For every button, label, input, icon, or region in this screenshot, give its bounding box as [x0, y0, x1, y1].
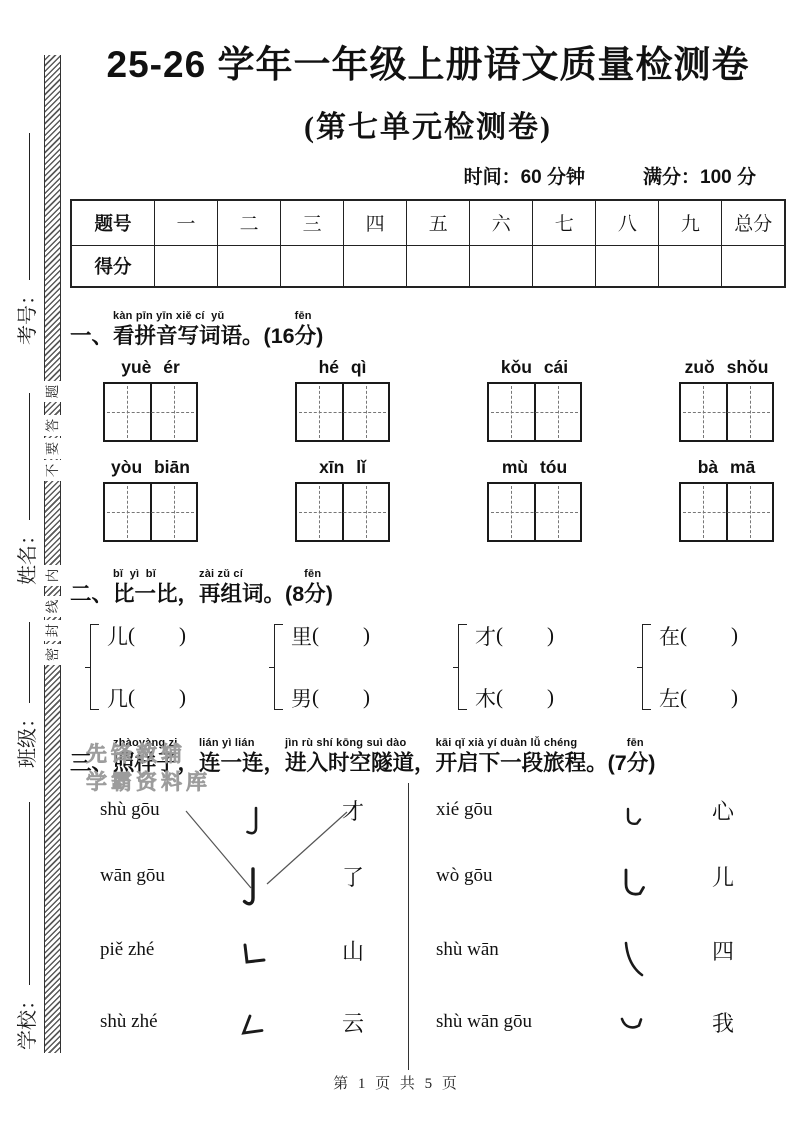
heading-text: 分: [295, 325, 317, 349]
blank-paren-open: (: [496, 685, 503, 710]
compare-character: 里: [291, 621, 312, 651]
seal-text-char: 封: [44, 620, 61, 641]
heading-text: 看拼音写词语。: [113, 325, 264, 349]
blank-paren-close: ): [731, 623, 738, 648]
word-pinyin: mù tóu: [487, 457, 582, 478]
matching-divider: [408, 783, 409, 1070]
word-row: yòu biānxīn lǐmù tóubà mā: [70, 457, 786, 542]
hook-stroke-bold[interactable]: [222, 867, 282, 914]
match-character[interactable]: 了: [342, 861, 364, 892]
heading-segment: 二、: [70, 568, 113, 607]
heading-text: ): [648, 752, 655, 776]
word-item: bà mā: [679, 457, 774, 542]
compare-group: 里()男(): [274, 621, 370, 713]
seal-line-band: 题答要不内线封密: [44, 55, 61, 1053]
writing-cell[interactable]: [728, 484, 773, 540]
page-title: 25-26 学年一年级上册语文质量检测卷: [70, 44, 786, 87]
compare-group: 在()左(): [642, 621, 738, 713]
compare-character: 在: [659, 621, 680, 651]
seal-text-char: 内: [44, 565, 61, 586]
heading-segment: fēn分: [295, 310, 317, 349]
compare-character: 木: [475, 683, 496, 713]
word-item: zuǒ shǒu: [679, 357, 774, 442]
writing-cell[interactable]: [728, 384, 773, 440]
score-cell[interactable]: [344, 245, 407, 287]
writing-box: [487, 382, 582, 442]
heading-text: 一、: [70, 325, 113, 349]
pinyin-annotation: bǐ yì bǐ: [113, 568, 156, 583]
heading-text: 分: [304, 583, 326, 607]
compare-character: 才: [475, 621, 496, 651]
writing-cell[interactable]: [344, 484, 389, 540]
section1-heading: 一、kàn pīn yīn xiě cí yǔ看拼音写词语。(16fēn分): [70, 310, 786, 349]
question-number: 二: [218, 200, 281, 246]
word-row: yuè érhé qìkǒu cáizuǒ shǒu: [70, 357, 786, 442]
match-character[interactable]: 才: [342, 795, 364, 826]
compare-row: 在(): [659, 621, 738, 651]
page-number: 第 1 页 共 5 页: [0, 1072, 793, 1093]
writing-box: [295, 482, 390, 542]
heading-segment: (16: [264, 310, 295, 349]
score-cell[interactable]: [218, 245, 281, 287]
heading-text: 开启下一段旅程。: [436, 752, 608, 776]
score-cell[interactable]: [281, 245, 344, 287]
writing-box: [103, 382, 198, 442]
heading-segment: ): [326, 568, 333, 607]
blank-paren-open: (: [312, 623, 319, 648]
writing-box: [679, 482, 774, 542]
main-content: 25-26 学年一年级上册语文质量检测卷 (第七单元检测卷) 时间：60 分钟 …: [70, 0, 786, 1078]
stroke-name-pinyin[interactable]: piě zhé: [100, 939, 154, 961]
heading-text: 进入时空隧道，: [285, 752, 436, 776]
heading-segment: zhàoyàng zi照样子，: [113, 737, 199, 776]
student-field-label: 学校：: [11, 990, 40, 1050]
score-cell[interactable]: [533, 245, 596, 287]
hook-stroke-small[interactable]: [222, 805, 282, 842]
writing-cell[interactable]: [536, 484, 581, 540]
student-field-blank[interactable]: [29, 393, 30, 520]
compare-column: 才()木(): [475, 621, 554, 713]
section2-pairs: 儿()几()里()男()才()木()在()左(): [70, 621, 786, 713]
seal-text-char: 要: [44, 438, 61, 459]
heading-segment: fēn分: [304, 568, 326, 607]
word-item: yuè ér: [103, 357, 198, 442]
heading-segment: kàn pīn yīn xiě cí yǔ看拼音写词语。: [113, 310, 264, 349]
question-number: 八: [596, 200, 659, 246]
heading-segment: ): [648, 737, 655, 776]
word-pinyin: kǒu cái: [487, 357, 582, 378]
question-number: 一: [155, 200, 218, 246]
match-character[interactable]: 心: [712, 795, 734, 826]
heading-segment: bǐ yì bǐ比一比，: [113, 568, 199, 607]
up-hook-stroke-small[interactable]: [602, 805, 662, 834]
compare-row: 木(): [475, 683, 554, 713]
writing-box: [103, 482, 198, 542]
compare-row: 儿(): [107, 621, 186, 651]
writing-cell[interactable]: [152, 484, 197, 540]
exam-paper-page: 题答要不内线封密 考号：姓名：班级：学校： 25-26 学年一年级上册语文质量检…: [0, 0, 793, 1122]
score-cell[interactable]: [596, 245, 659, 287]
blank-paren-close: ): [547, 623, 554, 648]
student-field: 学校：: [12, 802, 38, 1050]
compare-row: 几(): [107, 683, 186, 713]
compare-group: 才()木(): [458, 621, 554, 713]
match-character[interactable]: 我: [712, 1007, 734, 1038]
word-item: mù tóu: [487, 457, 582, 542]
stroke-name-pinyin[interactable]: shù wān: [436, 939, 499, 961]
heading-text: 再组词。: [199, 583, 285, 607]
pinyin-annotation: lián yì lián: [199, 737, 255, 752]
pinyin-annotation: fēn: [304, 568, 321, 583]
blank-paren-open: (: [680, 685, 687, 710]
stroke-name-pinyin[interactable]: shù wān gōu: [436, 1011, 532, 1033]
student-field-blank[interactable]: [29, 622, 30, 703]
brace: [274, 624, 284, 710]
question-number: 六: [470, 200, 533, 246]
heading-segment: 一、: [70, 310, 113, 349]
word-pinyin: xīn lǐ: [295, 457, 390, 478]
student-field-blank[interactable]: [29, 133, 30, 280]
writing-cell[interactable]: [681, 384, 728, 440]
writing-box: [487, 482, 582, 542]
heading-text: 比一比，: [113, 583, 199, 607]
score-cell[interactable]: [722, 245, 785, 287]
match-character[interactable]: 儿: [712, 861, 734, 892]
word-item: hé qì: [295, 357, 390, 442]
writing-cell[interactable]: [489, 484, 536, 540]
question-number: 七: [533, 200, 596, 246]
cup-hook-stroke[interactable]: [602, 1013, 662, 1038]
blank-paren-open: (: [680, 623, 687, 648]
stroke-name-pinyin[interactable]: wò gōu: [436, 865, 492, 887]
question-number-label: 题号: [71, 200, 155, 246]
compare-character: 男: [291, 683, 312, 713]
writing-cell[interactable]: [297, 484, 344, 540]
blank-paren-close: ): [363, 685, 370, 710]
seal-text-char: 不: [44, 460, 61, 481]
word-pinyin: zuǒ shǒu: [679, 357, 774, 378]
compare-row: 里(): [291, 621, 370, 651]
heading-segment: 三、: [70, 737, 113, 776]
score-cell[interactable]: [155, 245, 218, 287]
score-cell[interactable]: [470, 245, 533, 287]
match-character[interactable]: 四: [712, 935, 734, 966]
heading-text: 照样子，: [113, 752, 199, 776]
student-field: 班级：: [12, 622, 38, 768]
stroke-name-pinyin[interactable]: shù gōu: [100, 799, 160, 821]
question-number: 总分: [722, 200, 785, 246]
seal-text-char: 密: [44, 644, 61, 665]
word-item: yòu biān: [103, 457, 198, 542]
heading-segment: kāi qǐ xià yí duàn lǚ chéng开启下一段旅程。: [436, 737, 608, 776]
match-character[interactable]: 云: [342, 1007, 364, 1038]
blank-paren-close: ): [363, 623, 370, 648]
writing-cell[interactable]: [536, 384, 581, 440]
seal-text-char: 题: [44, 381, 61, 402]
question-number: 四: [344, 200, 407, 246]
heading-text: ): [326, 583, 333, 607]
up-hook-stroke-large[interactable]: [602, 867, 662, 906]
question-number: 三: [281, 200, 344, 246]
heading-segment: (7: [608, 737, 627, 776]
writing-cell[interactable]: [105, 384, 152, 440]
compare-row: 男(): [291, 683, 370, 713]
heading-segment: ): [316, 310, 323, 349]
slant-corner-stroke[interactable]: [222, 1013, 282, 1042]
compare-character: 儿: [107, 621, 128, 651]
pinyin-annotation: kàn pīn yīn xiě cí yǔ: [113, 310, 224, 325]
writing-cell[interactable]: [297, 384, 344, 440]
pinyin-annotation: zài zǔ cí: [199, 568, 243, 583]
corner-stroke[interactable]: [222, 941, 282, 972]
writing-cell[interactable]: [105, 484, 152, 540]
heading-text: ): [316, 325, 323, 349]
score-row-label: 得分: [71, 245, 155, 287]
brace: [90, 624, 100, 710]
match-character[interactable]: 山: [342, 935, 364, 966]
heading-text: (7: [608, 752, 627, 776]
pinyin-annotation: fēn: [627, 737, 644, 752]
compare-column: 儿()几(): [107, 621, 186, 713]
compare-column: 里()男(): [291, 621, 370, 713]
blank-paren-open: (: [312, 685, 319, 710]
section2-heading: 二、bǐ yì bǐ比一比，zài zǔ cí再组词。(8fēn分): [70, 568, 786, 607]
brace: [458, 624, 468, 710]
heading-text: 分: [627, 752, 649, 776]
compare-character: 左: [659, 683, 680, 713]
question-number: 九: [659, 200, 722, 246]
score-cell[interactable]: [407, 245, 470, 287]
blank-paren-close: ): [547, 685, 554, 710]
compare-row: 才(): [475, 621, 554, 651]
blank-paren-open: (: [496, 623, 503, 648]
heading-text: (8: [285, 583, 304, 607]
heading-text: 三、: [70, 752, 113, 776]
heading-segment: jìn rù shí kōng suì dào进入时空隧道，: [285, 737, 436, 776]
student-field-blank[interactable]: [29, 802, 30, 985]
heading-segment: zài zǔ cí再组词。: [199, 568, 285, 607]
score-table: 题号一二三四五六七八九总分得分: [70, 199, 786, 288]
seal-text-char: 线: [44, 596, 61, 617]
word-item: kǒu cái: [487, 357, 582, 442]
full-score-label: 满分：100 分: [643, 162, 756, 189]
student-field-label: 考号：: [11, 285, 40, 345]
writing-cell[interactable]: [344, 384, 389, 440]
compare-character: 几: [107, 683, 128, 713]
student-field-label: 班级：: [11, 708, 40, 768]
score-cell[interactable]: [659, 245, 722, 287]
compare-column: 在()左(): [659, 621, 738, 713]
word-pinyin: yuè ér: [103, 357, 198, 378]
word-item: xīn lǐ: [295, 457, 390, 542]
compare-row: 左(): [659, 683, 738, 713]
question-number: 五: [407, 200, 470, 246]
pinyin-annotation: zhàoyàng zi: [113, 737, 178, 752]
exam-meta: 时间：60 分钟 满分：100 分: [70, 162, 756, 189]
writing-box: [295, 382, 390, 442]
word-pinyin: hé qì: [295, 357, 390, 378]
heading-segment: lián yì lián连一连，: [199, 737, 285, 776]
heading-text: 二、: [70, 583, 113, 607]
compare-group: 儿()几(): [90, 621, 186, 713]
section3-matching-area: 先锋教辅学霸资料库 shù gōuwān gōupiě zhéshù zhé才了…: [70, 791, 786, 1078]
stroke-name-pinyin[interactable]: wān gōu: [100, 865, 165, 887]
writing-cell[interactable]: [489, 384, 536, 440]
student-field: 考号：: [12, 133, 38, 345]
heading-segment: (8: [285, 568, 304, 607]
pinyin-annotation: fēn: [295, 310, 312, 325]
section1-word-grid: yuè érhé qìkǒu cáizuǒ shǒuyòu biānxīn lǐ…: [70, 357, 786, 542]
writing-box: [679, 382, 774, 442]
writing-cell[interactable]: [681, 484, 728, 540]
writing-cell[interactable]: [152, 384, 197, 440]
student-field-label: 姓名：: [11, 525, 40, 585]
heading-text: (16: [264, 325, 295, 349]
page-subtitle: (第七单元检测卷): [70, 102, 786, 146]
time-label: 时间：60 分钟: [464, 162, 585, 189]
blank-paren-close: ): [179, 685, 186, 710]
long-curve-stroke[interactable]: [602, 941, 662, 986]
heading-segment: fēn分: [627, 737, 649, 776]
heading-text: 连一连，: [199, 752, 285, 776]
blank-paren-close: ): [179, 623, 186, 648]
pinyin-annotation: kāi qǐ xià yí duàn lǚ chéng: [436, 737, 578, 752]
seal-text-char: 答: [44, 415, 61, 436]
word-pinyin: yòu biān: [103, 457, 198, 478]
blank-paren-open: (: [128, 623, 135, 648]
blank-paren-open: (: [128, 685, 135, 710]
pinyin-annotation: jìn rù shí kōng suì dào: [285, 737, 406, 752]
stroke-name-pinyin[interactable]: xié gōu: [436, 799, 492, 821]
word-pinyin: bà mā: [679, 457, 774, 478]
section3-heading: 三、zhàoyàng zi照样子，lián yì lián连一连，jìn rù …: [70, 737, 786, 776]
stroke-name-pinyin[interactable]: shù zhé: [100, 1011, 158, 1033]
brace: [642, 624, 652, 710]
blank-paren-close: ): [731, 685, 738, 710]
student-field: 姓名：: [12, 393, 38, 585]
